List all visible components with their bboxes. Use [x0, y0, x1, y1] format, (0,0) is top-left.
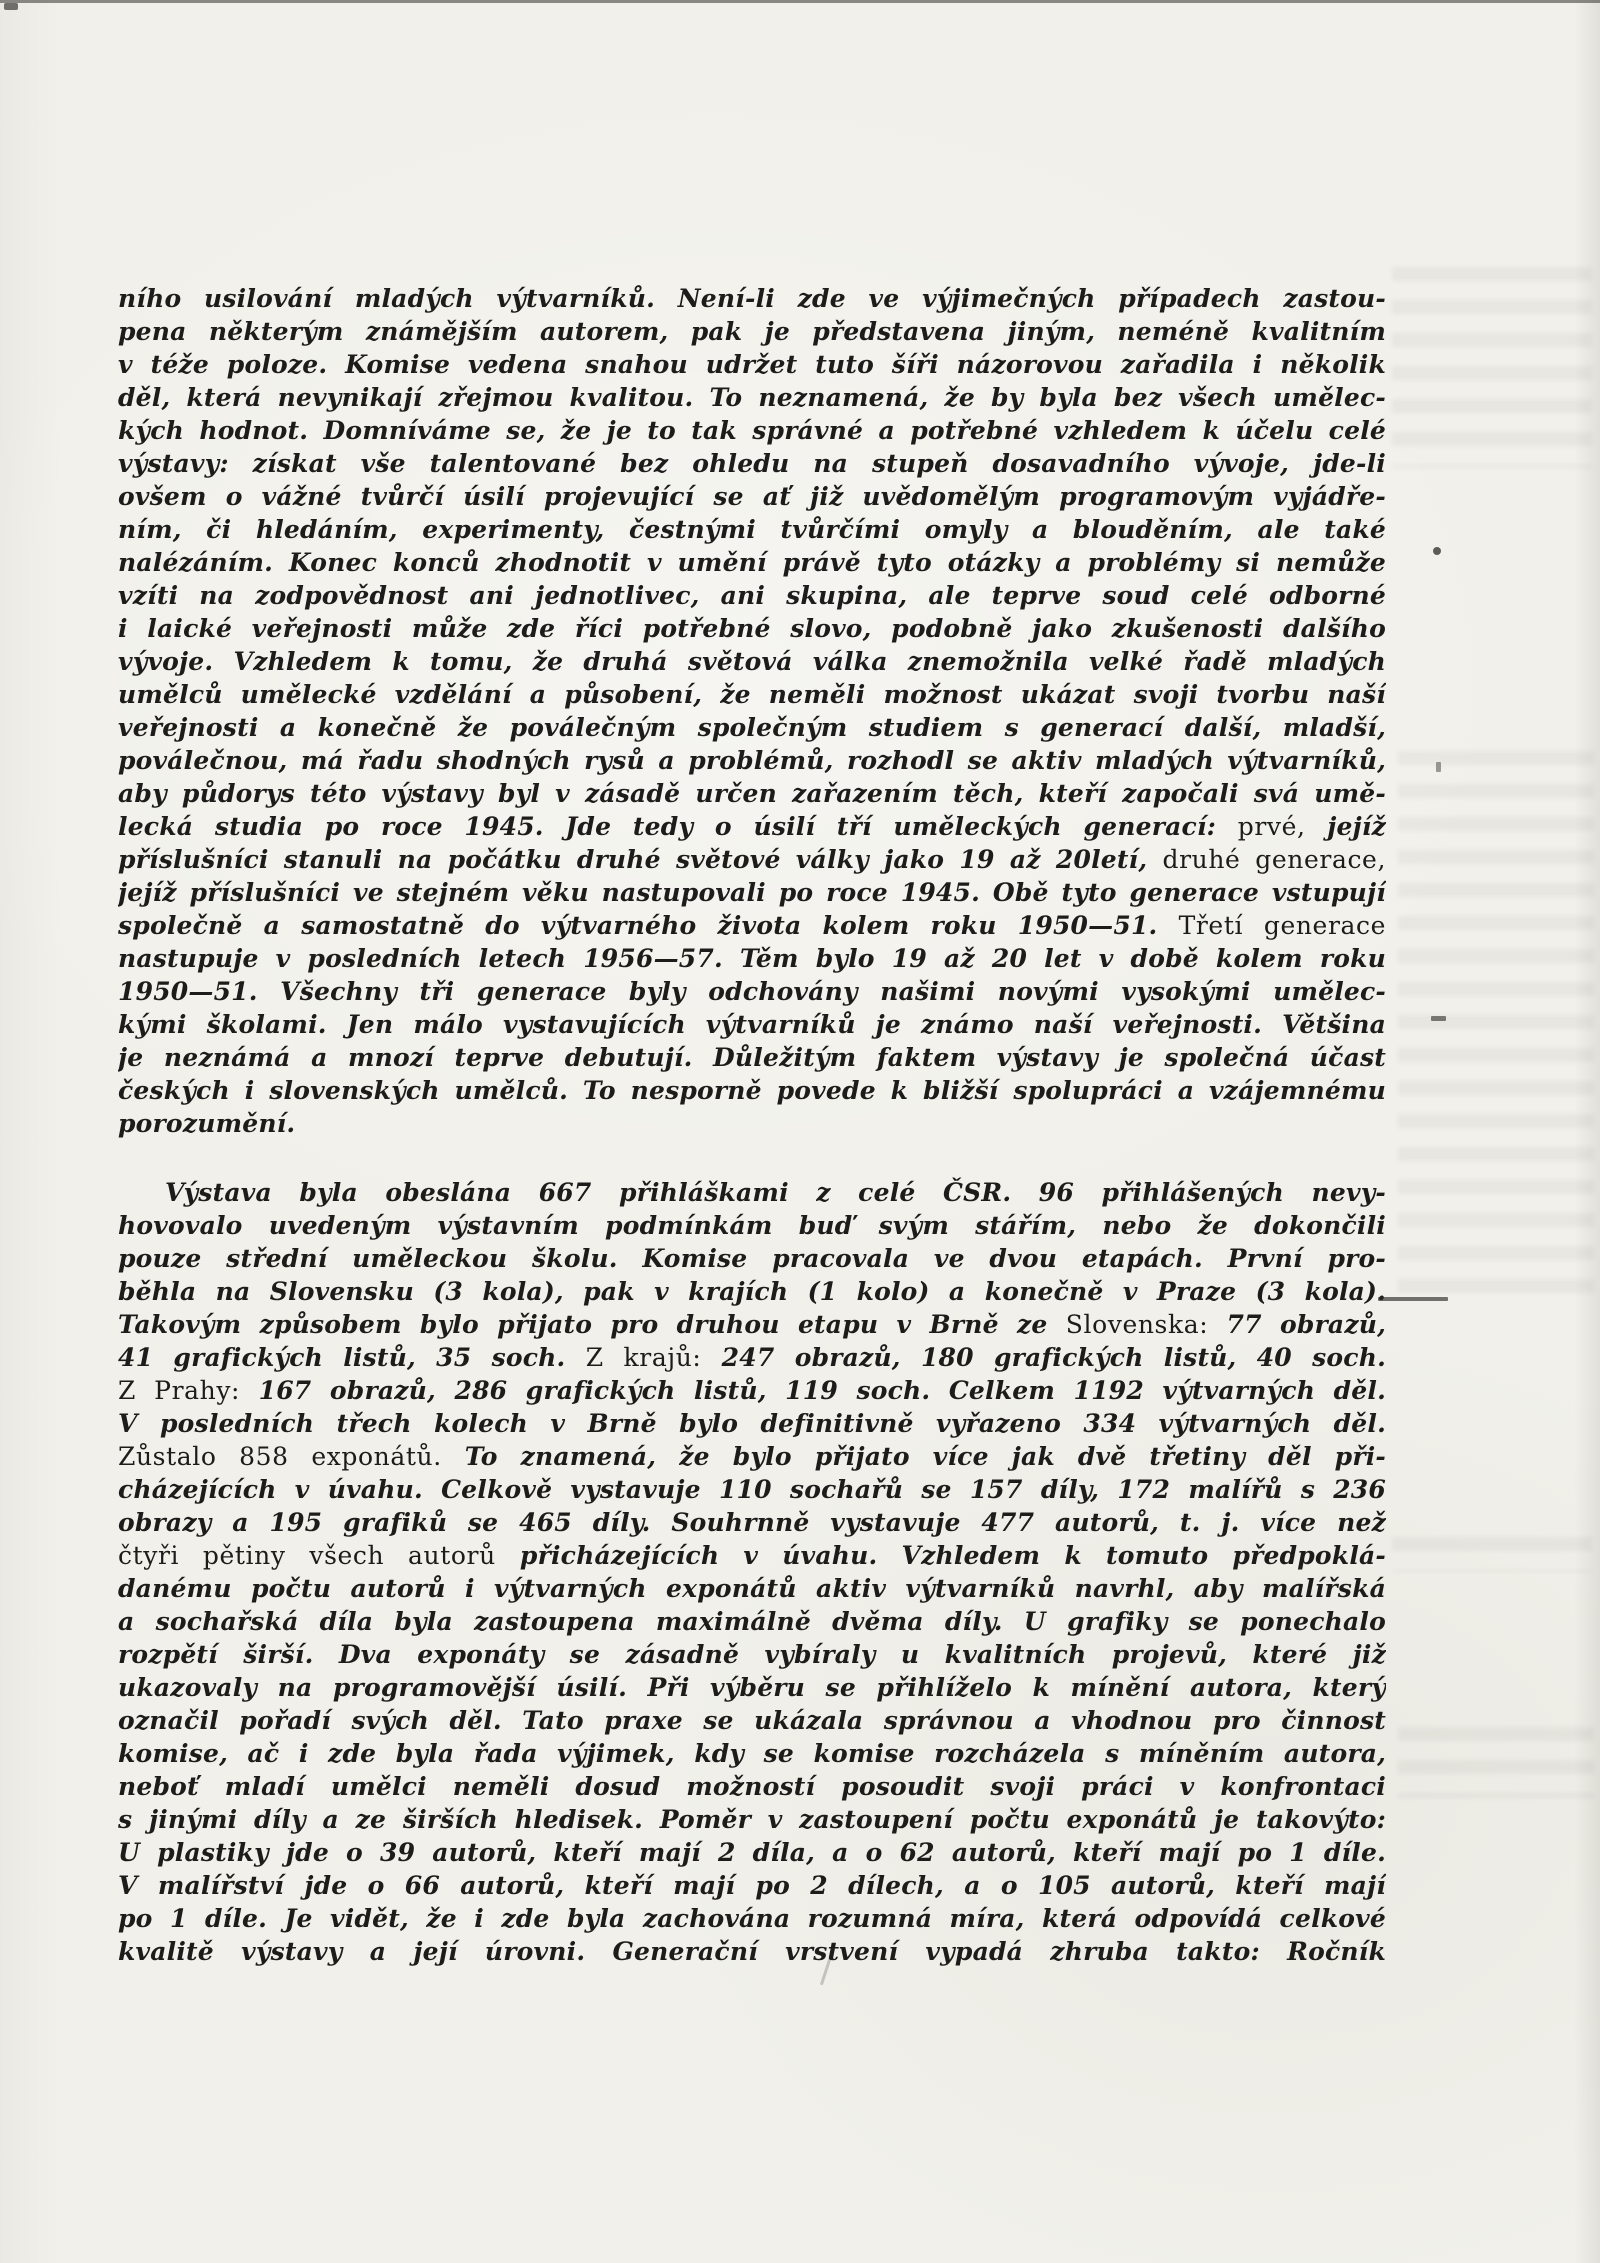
text-line: příslušníci stanuli na počátku druhé svě…	[118, 843, 1386, 876]
text-segment-italic: Výstava byla obeslána 667 přihláškami z …	[165, 1178, 1386, 1207]
text-line: komise, ač i zde byla řada výjimek, kdy …	[118, 1737, 1386, 1770]
text-segment-italic: příslušníci stanuli na počátku druhé svě…	[118, 845, 1162, 874]
text-line: i laické veřejnosti může zde říci potřeb…	[118, 612, 1386, 645]
text-segment-italic: vývoje. Vzhledem k tomu, že druhá světov…	[118, 647, 1386, 676]
text-segment-italic: V posledních třech kolech v Brně bylo de…	[118, 1409, 1386, 1438]
text-line: pena některým známějším autorem, pak je …	[118, 315, 1386, 348]
text-line: běhla na Slovensku (3 kola), pak v krají…	[118, 1275, 1386, 1308]
text-line: ním, či hledáním, experimenty, čestnými …	[118, 513, 1386, 546]
text-segment-italic: ního usilování mladých výtvarníků. Není-…	[118, 284, 1386, 313]
text-segment-roman: Z Prahy:	[118, 1376, 240, 1405]
text-line: je neznámá a mnozí teprve debutují. Důle…	[118, 1041, 1386, 1074]
text-segment-italic: po 1 díle. Je vidět, že i zde byla zacho…	[118, 1904, 1386, 1933]
text-segment-italic: hovovalo uvedeným výstavním podmínkám bu…	[118, 1211, 1386, 1240]
text-line: U plastiky jde o 39 autorů, kteří mají 2…	[118, 1836, 1386, 1869]
text-line: ukazovaly na programovější úsilí. Při vý…	[118, 1671, 1386, 1704]
text-segment-italic: s jinými díly a ze širších hledisek. Pom…	[118, 1805, 1386, 1834]
text-segment-italic: ukazovaly na programovější úsilí. Při vý…	[118, 1673, 1386, 1702]
text-segment-italic: ovšem o vážné tvůrčí úsilí projevující s…	[118, 482, 1386, 511]
text-line: kých hodnot. Domníváme se, že je to tak …	[118, 414, 1386, 447]
text-segment-italic: pouze střední uměleckou školu. Komise pr…	[118, 1244, 1386, 1273]
text-segment-italic: kvalitě výstavy a její úrovni. Generační…	[118, 1937, 1386, 1966]
text-segment-italic: v téže poloze. Komise vedena snahou udrž…	[118, 350, 1386, 379]
paragraph: ního usilování mladých výtvarníků. Není-…	[118, 282, 1386, 1140]
text-line: v téže poloze. Komise vedena snahou udrž…	[118, 348, 1386, 381]
text-line: neboť mladí umělci neměli dosud možností…	[118, 1770, 1386, 1803]
text-line: nalézáním. Konec konců zhodnotit v umění…	[118, 546, 1386, 579]
text-line: Zůstalo 858 exponátů. To znamená, že byl…	[118, 1440, 1386, 1473]
bleed-through-text	[1398, 742, 1594, 1302]
text-segment-italic: poválečnou, má řadu shodných rysů a prob…	[118, 746, 1386, 775]
text-line: V posledních třech kolech v Brně bylo de…	[118, 1407, 1386, 1440]
text-segment-italic: společně a samostatně do výtvarného živo…	[118, 911, 1179, 940]
text-segment-italic: V malířství jde o 66 autorů, kteří mají …	[118, 1871, 1386, 1900]
text-line: rozpětí širší. Dva exponáty se zásadně v…	[118, 1638, 1386, 1671]
text-segment-italic: nastupuje v posledních letech 1956—57. T…	[118, 944, 1386, 973]
text-segment-italic: běhla na Slovensku (3 kola), pak v krají…	[118, 1277, 1386, 1306]
text-line: 41 grafických listů, 35 soch. Z krajů: 2…	[118, 1341, 1386, 1374]
text-segment-italic: českých i slovenských umělců. To nesporn…	[118, 1076, 1386, 1105]
text-line: výstavy: získat vše talentované bez ohle…	[118, 447, 1386, 480]
text-segment-roman: Třetí generace	[1179, 911, 1386, 940]
text-line: nastupuje v posledních letech 1956—57. T…	[118, 942, 1386, 975]
text-line: umělců umělecké vzdělání a působení, že …	[118, 678, 1386, 711]
text-segment-italic: i laické veřejnosti může zde říci potřeb…	[118, 614, 1386, 643]
scan-artifact-dash	[1431, 1016, 1446, 1021]
text-segment-italic: nalézáním. Konec konců zhodnotit v umění…	[118, 548, 1386, 577]
text-line: porozumění.	[118, 1107, 1386, 1140]
text-line: Výstava byla obeslána 667 přihláškami z …	[118, 1176, 1386, 1209]
text-segment-italic: je neznámá a mnozí teprve debutují. Důle…	[118, 1043, 1386, 1072]
text-segment-italic: jejíž příslušníci ve stejném věku nastup…	[118, 878, 1386, 907]
text-line: ovšem o vážné tvůrčí úsilí projevující s…	[118, 480, 1386, 513]
text-line: cházejících v úvahu. Celkově vystavuje 1…	[118, 1473, 1386, 1506]
text-line: českých i slovenských umělců. To nesporn…	[118, 1074, 1386, 1107]
text-line: ního usilování mladých výtvarníků. Není-…	[118, 282, 1386, 315]
text-segment-italic: kých hodnot. Domníváme se, že je to tak …	[118, 416, 1386, 445]
text-segment-italic: označil pořadí svých děl. Tato praxe se …	[118, 1706, 1386, 1735]
text-line: lecká studia po roce 1945. Jde tedy o ús…	[118, 810, 1386, 843]
text-segment-italic: 77 obrazů,	[1208, 1310, 1386, 1339]
text-line: společně a samostatně do výtvarného živo…	[118, 909, 1386, 942]
text-line: jejíž příslušníci ve stejném věku nastup…	[118, 876, 1386, 909]
text-segment-italic: komise, ač i zde byla řada výjimek, kdy …	[118, 1739, 1386, 1768]
bleed-through-text	[1398, 1718, 1594, 1798]
text-line: aby půdorys této výstavy byl v zásadě ur…	[118, 777, 1386, 810]
text-line: 1950—51. Všechny tři generace byly odcho…	[118, 975, 1386, 1008]
scan-edge-top	[0, 0, 1600, 3]
scan-artifact-corner-speck	[4, 3, 18, 10]
text-segment-italic: děl, která nevynikají zřejmou kvalitou. …	[118, 383, 1386, 412]
text-segment-italic: a sochařská díla byla zastoupena maximál…	[118, 1607, 1386, 1636]
paragraph: Výstava byla obeslána 667 přihláškami z …	[118, 1176, 1386, 1968]
text-segment-italic: neboť mladí umělci neměli dosud možností…	[118, 1772, 1386, 1801]
text-segment-italic: 1950—51. Všechny tři generace byly odcho…	[118, 977, 1386, 1006]
scan-artifact-rule	[1378, 1297, 1448, 1301]
text-segment-italic: 247 obrazů, 180 grafických listů, 40 soc…	[701, 1343, 1386, 1372]
text-line: V malířství jde o 66 autorů, kteří mají …	[118, 1869, 1386, 1902]
text-segment-italic: To znamená, že bylo přijato více jak dvě…	[442, 1442, 1386, 1471]
text-segment-italic: kými školami. Jen málo vystavujících výt…	[118, 1010, 1386, 1039]
text-segment-roman: Slovenska:	[1066, 1310, 1209, 1339]
bleed-through-text	[1392, 1528, 1592, 1572]
text-segment-italic: veřejnosti a konečně že poválečným spole…	[118, 713, 1386, 742]
text-line: obrazy a 195 grafiků se 465 díly. Souhrn…	[118, 1506, 1386, 1539]
text-line: kvalitě výstavy a její úrovni. Generační…	[118, 1935, 1386, 1968]
text-segment-italic: přicházejících v úvahu. Vzhledem k tomut…	[496, 1541, 1386, 1570]
scanned-page: { "colors": { "paper": "#f1f0ea", "ink":…	[0, 0, 1600, 2263]
text-line: danému počtu autorů i výtvarných exponát…	[118, 1572, 1386, 1605]
text-segment-italic: výstavy: získat vše talentované bez ohle…	[118, 449, 1386, 478]
text-segment-italic: porozumění.	[118, 1109, 295, 1138]
text-segment-italic: aby půdorys této výstavy byl v zásadě ur…	[118, 779, 1386, 808]
text-line: Takovým způsobem bylo přijato pro druhou…	[118, 1308, 1386, 1341]
text-block: ního usilování mladých výtvarníků. Není-…	[118, 282, 1386, 1968]
text-line: s jinými díly a ze širších hledisek. Pom…	[118, 1803, 1386, 1836]
text-line: a sochařská díla byla zastoupena maximál…	[118, 1605, 1386, 1638]
text-segment-italic: ním, či hledáním, experimenty, čestnými …	[118, 515, 1386, 544]
text-segment-italic: 41 grafických listů, 35 soch.	[118, 1343, 586, 1372]
text-line: vývoje. Vzhledem k tomu, že druhá světov…	[118, 645, 1386, 678]
text-line: poválečnou, má řadu shodných rysů a prob…	[118, 744, 1386, 777]
text-segment-italic: jejíž	[1306, 812, 1386, 841]
text-line: Z Prahy: 167 obrazů, 286 grafických list…	[118, 1374, 1386, 1407]
text-segment-roman: prvé,	[1238, 812, 1306, 841]
text-line: hovovalo uvedeným výstavním podmínkám bu…	[118, 1209, 1386, 1242]
text-segment-italic: cházejících v úvahu. Celkově vystavuje 1…	[118, 1475, 1386, 1504]
scan-artifact-tick	[1436, 762, 1441, 772]
text-segment-roman: Z krajů:	[586, 1343, 702, 1372]
text-segment-roman: Zůstalo 858 exponátů.	[118, 1442, 442, 1471]
text-segment-italic: obrazy a 195 grafiků se 465 díly. Souhrn…	[118, 1508, 1386, 1537]
text-segment-italic: umělců umělecké vzdělání a působení, že …	[118, 680, 1386, 709]
text-segment-italic: 167 obrazů, 286 grafických listů, 119 so…	[240, 1376, 1386, 1405]
text-line: pouze střední uměleckou školu. Komise pr…	[118, 1242, 1386, 1275]
text-segment-italic: lecká studia po roce 1945. Jde tedy o ús…	[118, 812, 1238, 841]
text-line: kými školami. Jen málo vystavujících výt…	[118, 1008, 1386, 1041]
text-segment-italic: vzíti na zodpovědnost ani jednotlivec, a…	[118, 581, 1386, 610]
text-segment-italic: danému počtu autorů i výtvarných exponát…	[118, 1574, 1386, 1603]
text-segment-italic: Takovým způsobem bylo přijato pro druhou…	[118, 1310, 1066, 1339]
text-line: děl, která nevynikají zřejmou kvalitou. …	[118, 381, 1386, 414]
text-segment-italic: pena některým známějším autorem, pak je …	[118, 317, 1386, 346]
bleed-through-text	[1392, 258, 1592, 468]
text-segment-roman: druhé generace,	[1162, 845, 1386, 874]
text-line: veřejnosti a konečně že poválečným spole…	[118, 711, 1386, 744]
text-line: označil pořadí svých děl. Tato praxe se …	[118, 1704, 1386, 1737]
text-line: po 1 díle. Je vidět, že i zde byla zacho…	[118, 1902, 1386, 1935]
text-segment-roman: čtyři pětiny všech autorů	[118, 1541, 496, 1570]
text-line: vzíti na zodpovědnost ani jednotlivec, a…	[118, 579, 1386, 612]
text-line: čtyři pětiny všech autorů přicházejících…	[118, 1539, 1386, 1572]
scan-artifact-dot	[1433, 547, 1441, 555]
text-segment-italic: rozpětí širší. Dva exponáty se zásadně v…	[118, 1640, 1386, 1669]
text-segment-italic: U plastiky jde o 39 autorů, kteří mají 2…	[118, 1838, 1386, 1867]
